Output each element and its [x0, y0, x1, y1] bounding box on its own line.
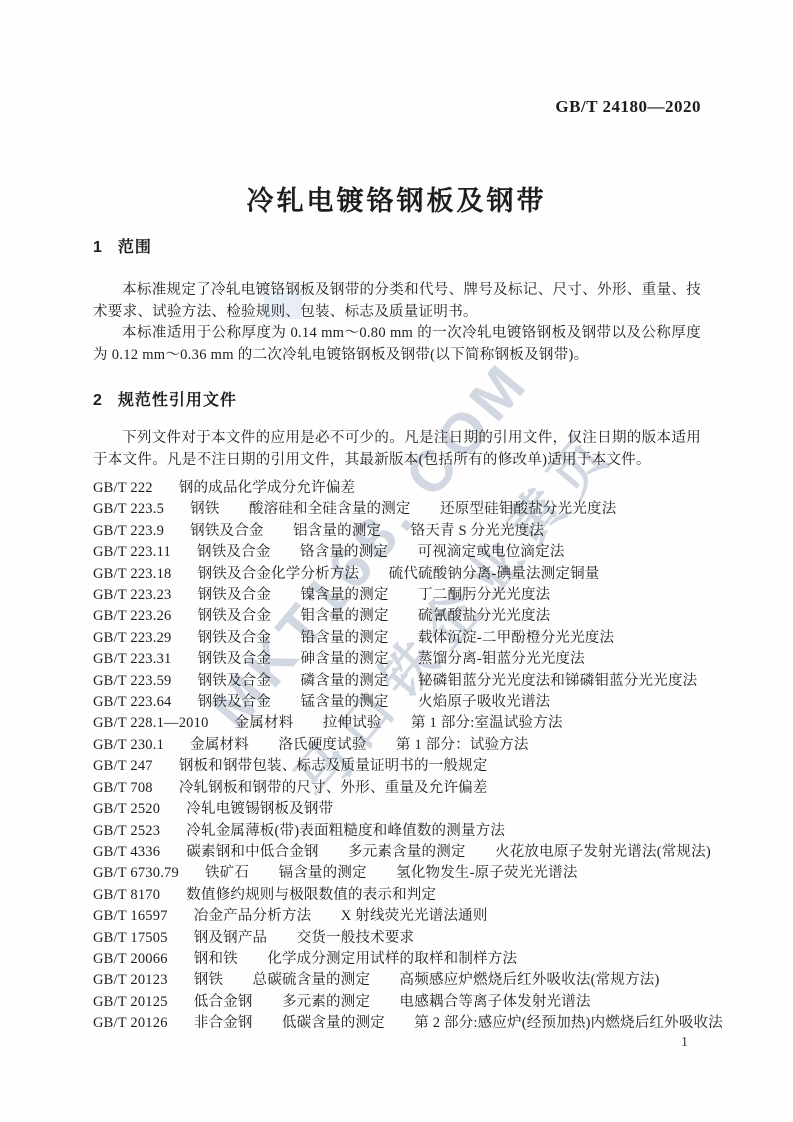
reference-title: 非合金钢 低碳含量的测定 第 2 部分:感应炉(经预加热)内燃烧后红外吸收法	[194, 1015, 723, 1031]
reference-code: GB/T 16597	[93, 906, 168, 927]
reference-item: GB/T 223.5钢铁 酸溶硅和全硅含量的测定 还原型硅钼酸盐分光光度法	[93, 499, 701, 520]
reference-item: GB/T 223.64钢铁及合金 锰含量的测定 火焰原子吸收光谱法	[93, 692, 701, 713]
reference-item: GB/T 16597冶金产品分析方法 X 射线荧光光谱法通则	[93, 906, 701, 927]
reference-item: GB/T 223.29钢铁及合金 铅含量的测定 载体沉淀-二甲酚橙分光光度法	[93, 628, 701, 649]
scope-paragraph-2: 本标准适用于公称厚度为 0.14 mm～0.80 mm 的一次冷轧电镀铬钢板及钢…	[93, 323, 701, 366]
reference-code: GB/T 2523	[93, 821, 160, 842]
reference-title: 钢铁及合金 铅含量的测定 载体沉淀-二甲酚橙分光光度法	[198, 630, 615, 646]
reference-code: GB/T 6730.79	[93, 863, 179, 884]
reference-code: GB/T 222	[93, 478, 153, 499]
reference-title: 钢铁及合金 磷含量的测定 铋磷钼蓝分光光度法和锑磷钼蓝分光光度法	[198, 673, 698, 689]
reference-item: GB/T 17505钢及钢产品 交货一般技术要求	[93, 928, 701, 949]
reference-code: GB/T 4336	[93, 842, 160, 863]
reference-title: 钢铁及合金 钼含量的测定 硫氰酸盐分光光度法	[198, 608, 551, 624]
document-title: 冷轧电镀铬钢板及钢带	[0, 179, 793, 218]
reference-item: GB/T 4336碳素钢和中低合金钢 多元素含量的测定 火花放电原子发射光谱法(…	[93, 842, 701, 863]
reference-title: 钢铁 酸溶硅和全硅含量的测定 还原型硅钼酸盐分光光度法	[190, 501, 616, 517]
reference-code: GB/T 223.59	[93, 671, 171, 692]
reference-item: GB/T 223.59钢铁及合金 磷含量的测定 铋磷钼蓝分光光度法和锑磷钼蓝分光…	[93, 671, 701, 692]
reference-title: 铁矿石 镉含量的测定 氢化物发生-原子荧光光谱法	[205, 865, 578, 881]
reference-code: GB/T 223.18	[93, 564, 171, 585]
document-page: MKT168. COM 马口铁企业黄页 GB/T 24180—2020 冷轧电镀…	[0, 0, 793, 1122]
references-intro-paragraph: 下列文件对于本文件的应用是必不可少的。凡是注日期的引用文件，仅注日期的版本适用于…	[93, 428, 701, 471]
section-1-title: 范围	[118, 239, 152, 256]
reference-code: GB/T 20126	[93, 1013, 168, 1034]
reference-item: GB/T 247钢板和钢带包装、标志及质量证明书的一般规定	[93, 756, 701, 777]
reference-item: GB/T 223.23钢铁及合金 镍含量的测定 丁二酮肟分光光度法	[93, 585, 701, 606]
section-1-heading: 1范围	[93, 238, 701, 258]
reference-item: GB/T 223.26钢铁及合金 钼含量的测定 硫氰酸盐分光光度法	[93, 606, 701, 627]
reference-title: 低合金钢 多元素的测定 电感耦合等离子体发射光谱法	[194, 994, 591, 1010]
reference-item: GB/T 222钢的成品化学成分允许偏差	[93, 478, 701, 499]
section-2-heading: 2规范性引用文件	[93, 391, 701, 411]
page-number: 1	[681, 1035, 688, 1051]
reference-code: GB/T 230.1	[93, 735, 164, 756]
reference-code: GB/T 20123	[93, 970, 168, 991]
reference-code: GB/T 8170	[93, 885, 160, 906]
reference-code: GB/T 223.23	[93, 585, 171, 606]
reference-code: GB/T 223.31	[93, 649, 171, 670]
standard-number: GB/T 24180—2020	[555, 97, 701, 117]
reference-code: GB/T 223.11	[93, 542, 171, 563]
reference-title: 钢铁及合金 铬含量的测定 可视滴定或电位滴定法	[197, 544, 565, 560]
reference-title: 钢铁 总碳硫含量的测定 高频感应炉燃烧后红外吸收法(常规方法)	[194, 972, 660, 988]
reference-code: GB/T 20125	[93, 992, 168, 1013]
reference-code: GB/T 223.29	[93, 628, 171, 649]
section-1-number: 1	[93, 239, 102, 256]
reference-code: GB/T 17505	[93, 928, 168, 949]
reference-item: GB/T 228.1—2010金属材料 拉伸试验 第 1 部分:室温试验方法	[93, 713, 701, 734]
reference-title: 数值修约规则与极限数值的表示和判定	[186, 887, 436, 903]
reference-item: GB/T 223.9钢铁及合金 铝含量的测定 铬天青 S 分光光度法	[93, 521, 701, 542]
reference-code: GB/T 708	[93, 778, 153, 799]
section-2-title: 规范性引用文件	[118, 392, 237, 409]
section-scope: 1范围 本标准规定了冷轧电镀铬钢板及钢带的分类和代号、牌号及标记、尺寸、外形、重…	[93, 238, 701, 366]
reference-code: GB/T 2520	[93, 799, 160, 820]
reference-item: GB/T 6730.79铁矿石 镉含量的测定 氢化物发生-原子荧光光谱法	[93, 863, 701, 884]
reference-code: GB/T 228.1—2010	[93, 713, 209, 734]
reference-item: GB/T 8170数值修约规则与极限数值的表示和判定	[93, 885, 701, 906]
reference-item: GB/T 223.18钢铁及合金化学分析方法 硫代硫酸钠分离-碘量法测定铜量	[93, 564, 701, 585]
reference-list: GB/T 222钢的成品化学成分允许偏差 GB/T 223.5钢铁 酸溶硅和全硅…	[93, 478, 701, 1035]
reference-title: 钢铁及合金 锰含量的测定 火焰原子吸收光谱法	[198, 694, 551, 710]
reference-item: GB/T 708冷轧钢板和钢带的尺寸、外形、重量及允许偏差	[93, 778, 701, 799]
reference-title: 钢铁及合金化学分析方法 硫代硫酸钠分离-碘量法测定铜量	[198, 566, 600, 582]
section-2-number: 2	[93, 392, 102, 409]
reference-code: GB/T 223.5	[93, 499, 164, 520]
reference-title: 钢铁及合金 砷含量的测定 蒸馏分离-钼蓝分光光度法	[198, 651, 585, 667]
reference-title: 冶金产品分析方法 X 射线荧光光谱法通则	[194, 908, 488, 924]
reference-title: 钢的成品化学成分允许偏差	[179, 480, 355, 496]
reference-item: GB/T 20126非合金钢 低碳含量的测定 第 2 部分:感应炉(经预加热)内…	[93, 1013, 701, 1034]
reference-item: GB/T 20123钢铁 总碳硫含量的测定 高频感应炉燃烧后红外吸收法(常规方法…	[93, 970, 701, 991]
reference-title: 冷轧钢板和钢带的尺寸、外形、重量及允许偏差	[179, 780, 488, 796]
reference-title: 钢铁及合金 铝含量的测定 铬天青 S 分光光度法	[190, 523, 544, 539]
reference-item: GB/T 20125低合金钢 多元素的测定 电感耦合等离子体发射光谱法	[93, 992, 701, 1013]
reference-title: 钢板和钢带包装、标志及质量证明书的一般规定	[179, 758, 488, 774]
reference-code: GB/T 223.64	[93, 692, 171, 713]
page-content: 1范围 本标准规定了冷轧电镀铬钢板及钢带的分类和代号、牌号及标记、尺寸、外形、重…	[93, 238, 701, 1035]
scope-paragraph-1: 本标准规定了冷轧电镀铬钢板及钢带的分类和代号、牌号及标记、尺寸、外形、重量、技术…	[93, 280, 701, 323]
reference-title: 钢及钢产品 交货一般技术要求	[194, 930, 415, 946]
reference-title: 金属材料 拉伸试验 第 1 部分:室温试验方法	[235, 715, 563, 731]
reference-code: GB/T 247	[93, 756, 153, 777]
reference-code: GB/T 223.9	[93, 521, 164, 542]
reference-title: 钢和铁 化学成分测定用试样的取样和制样方法	[194, 951, 517, 967]
reference-item: GB/T 230.1金属材料 洛氏硬度试验 第 1 部分：试验方法	[93, 735, 701, 756]
section-normative-references: 2规范性引用文件 下列文件对于本文件的应用是必不可少的。凡是注日期的引用文件，仅…	[93, 391, 701, 1035]
reference-item: GB/T 2520冷轧电镀锡钢板及钢带	[93, 799, 701, 820]
reference-title: 碳素钢和中低合金钢 多元素含量的测定 火花放电原子发射光谱法(常规法)	[186, 844, 711, 860]
reference-item: GB/T 223.11钢铁及合金 铬含量的测定 可视滴定或电位滴定法	[93, 542, 701, 563]
reference-title: 冷轧电镀锡钢板及钢带	[186, 801, 333, 817]
reference-code: GB/T 20066	[93, 949, 168, 970]
reference-item: GB/T 20066钢和铁 化学成分测定用试样的取样和制样方法	[93, 949, 701, 970]
reference-title: 钢铁及合金 镍含量的测定 丁二酮肟分光光度法	[198, 587, 551, 603]
reference-item: GB/T 2523冷轧金属薄板(带)表面粗糙度和峰值数的测量方法	[93, 821, 701, 842]
reference-title: 金属材料 洛氏硬度试验 第 1 部分：试验方法	[190, 737, 529, 753]
reference-title: 冷轧金属薄板(带)表面粗糙度和峰值数的测量方法	[186, 823, 505, 839]
reference-item: GB/T 223.31钢铁及合金 砷含量的测定 蒸馏分离-钼蓝分光光度法	[93, 649, 701, 670]
reference-code: GB/T 223.26	[93, 606, 171, 627]
